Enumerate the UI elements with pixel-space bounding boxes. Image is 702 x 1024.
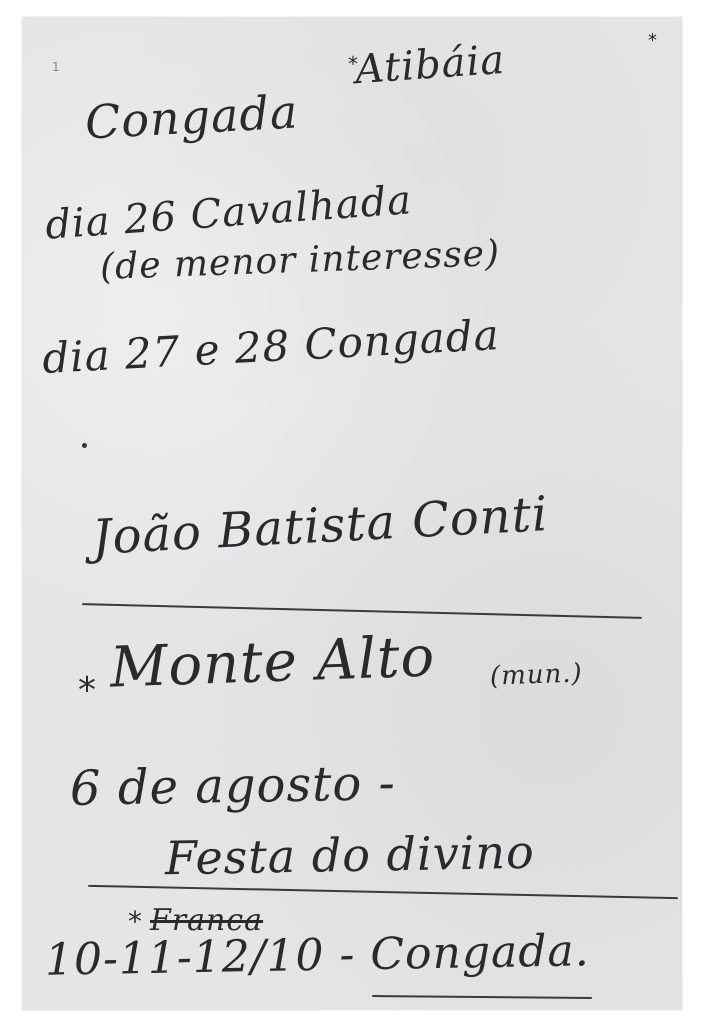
place-note: (mun.) <box>490 658 584 691</box>
date-line: 6 de agosto - <box>70 755 397 817</box>
title-text: Congada <box>84 84 300 149</box>
date-line-2: 10-11-12/10 - Congada. <box>45 925 590 985</box>
asterisk-icon: * <box>78 670 96 711</box>
ink-dot <box>82 443 87 448</box>
event-line: Festa do divino <box>165 825 536 885</box>
place-name: Monte Alto <box>109 624 436 700</box>
corner-mark: 1 <box>52 60 60 74</box>
asterisk-icon: * <box>648 30 657 51</box>
